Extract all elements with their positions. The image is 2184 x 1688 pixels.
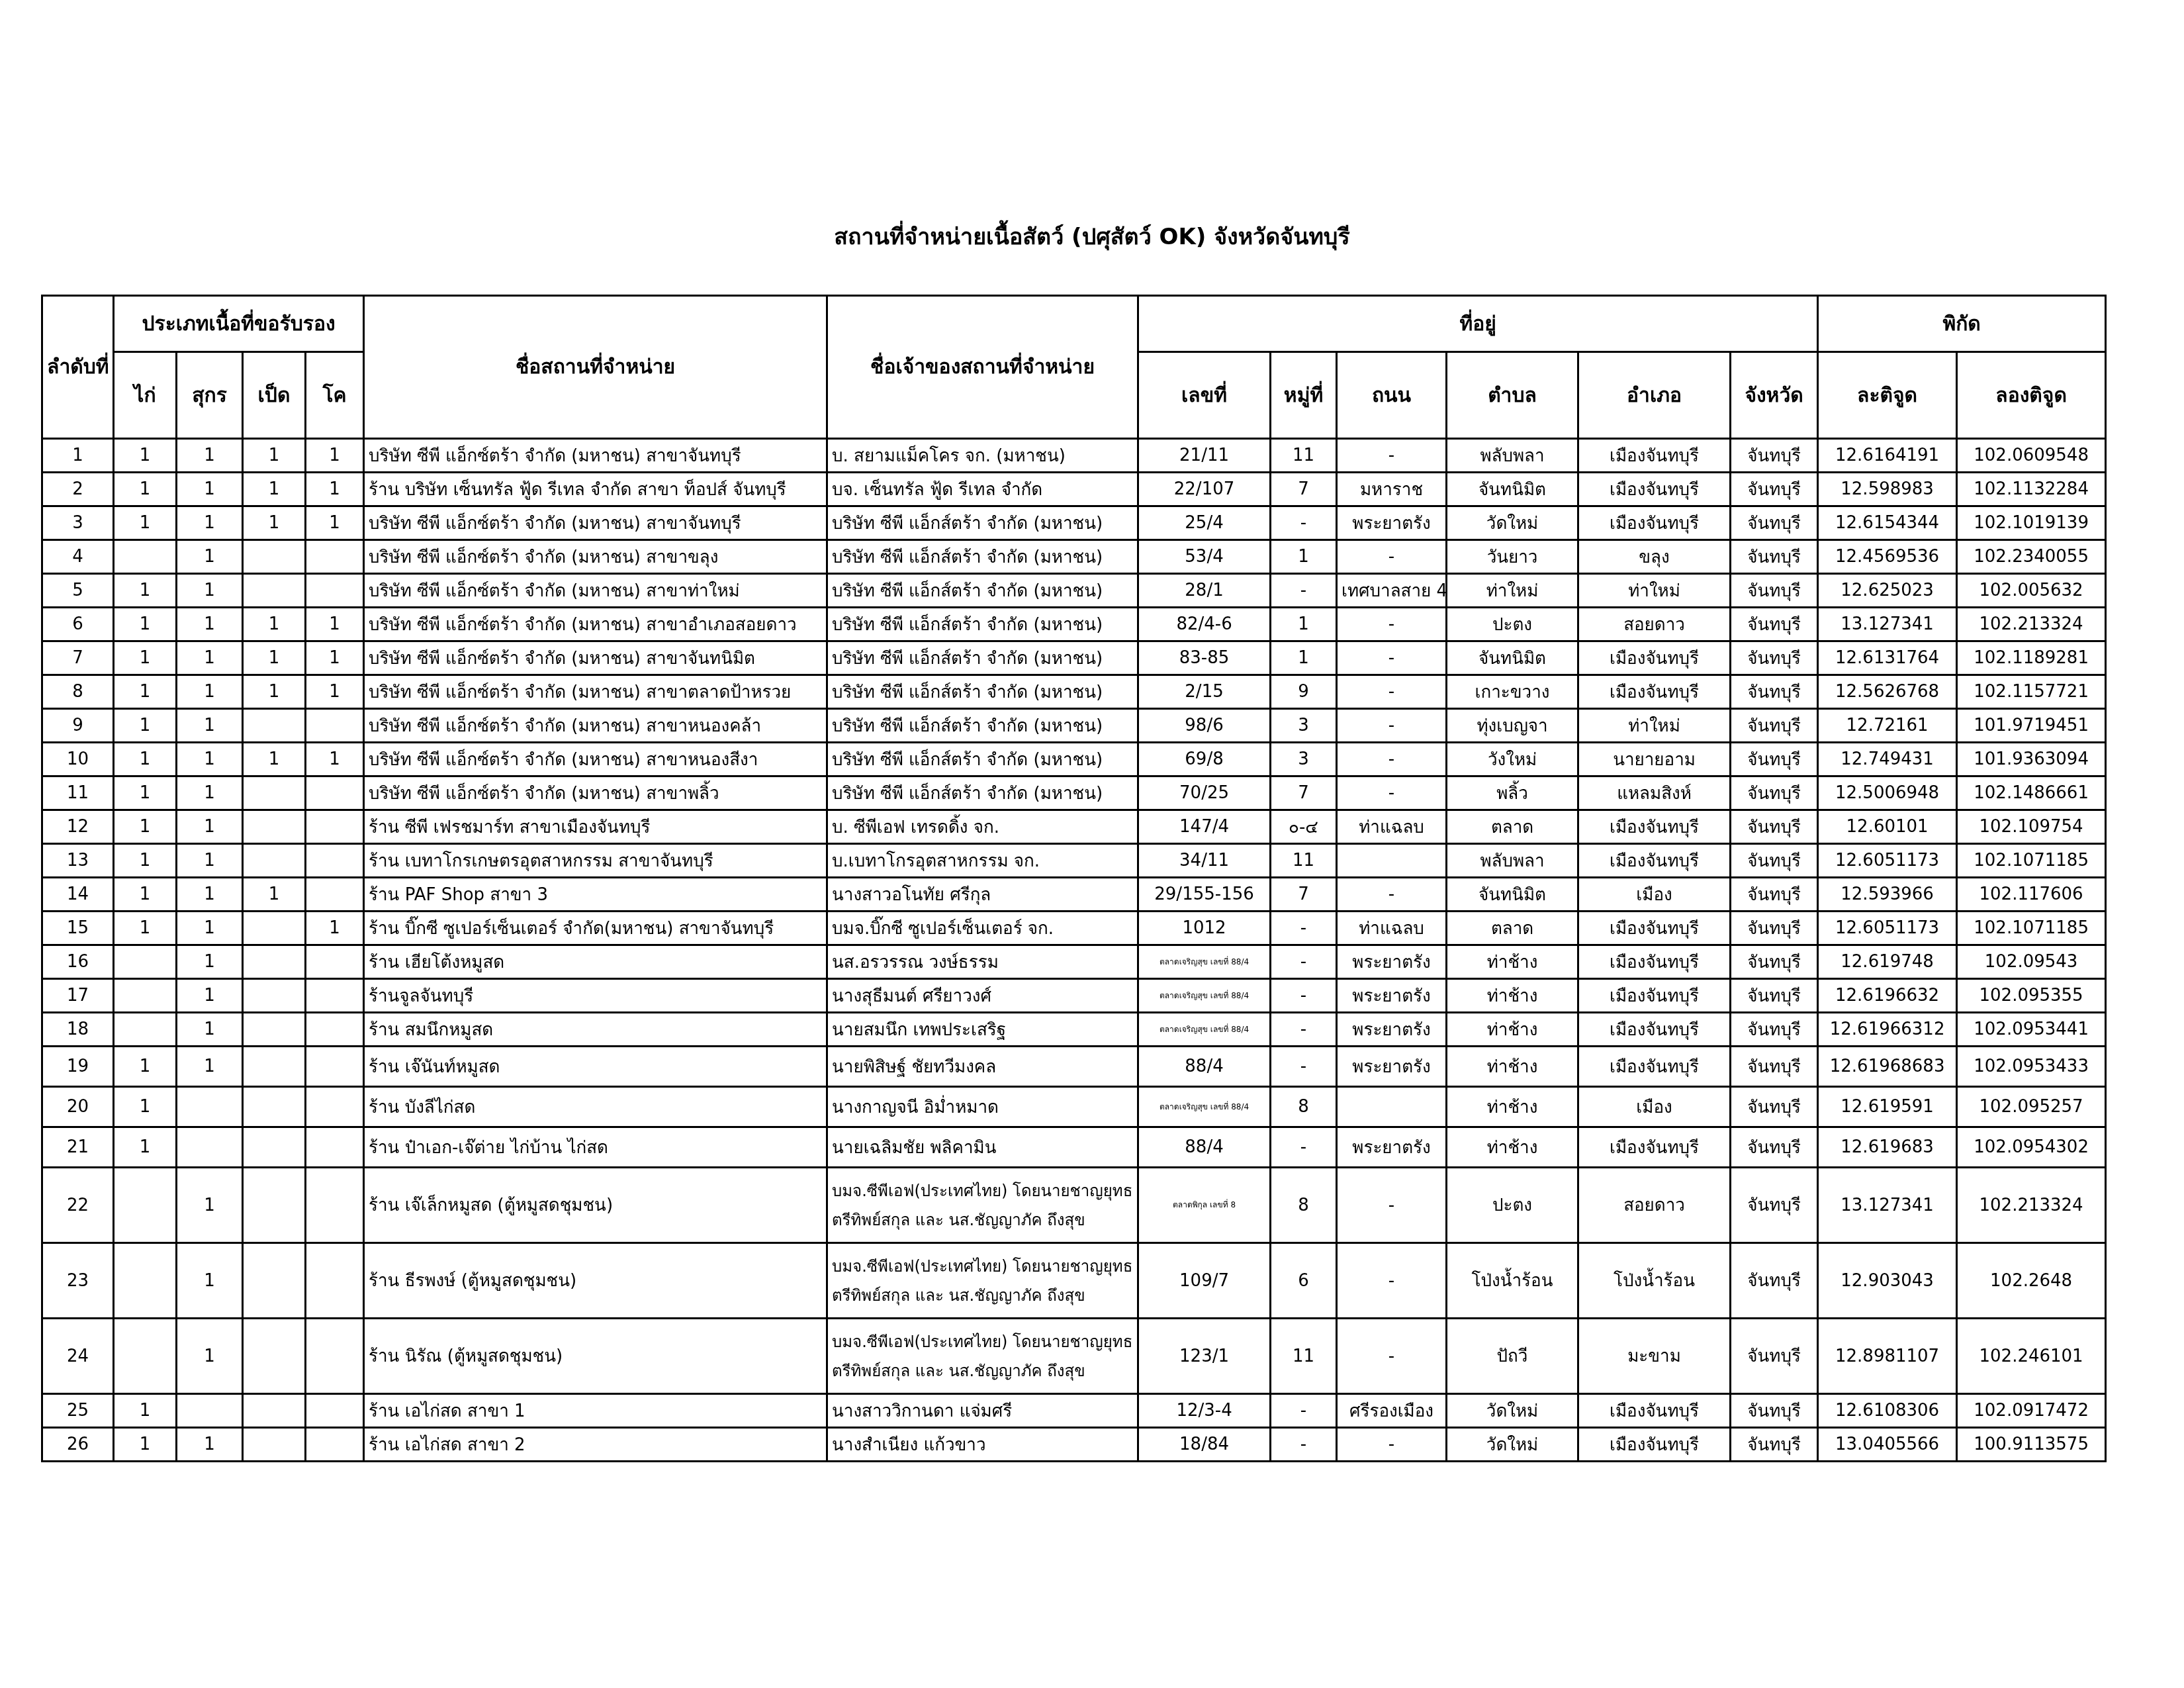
table-row: 201ร้าน บังลีไก่สดนางกาญจนี อิม่ำหมาดตลา… (42, 1087, 2106, 1127)
cell-chicken: 1 (114, 1428, 177, 1462)
cell-pork: 1 (177, 1428, 243, 1462)
cell-seq: 12 (42, 810, 114, 844)
cell-owner-name: บริษัท ซีพี แอ็กส์ตร้า จำกัด (มหาชน) (827, 574, 1138, 608)
cell-latitude: 13.0405566 (1818, 1428, 1957, 1462)
cell-duck (243, 540, 306, 574)
cell-chicken: 1 (114, 1047, 177, 1087)
table-row: 1911ร้าน เจ๊นันท์หมูสดนายพิสิษฐ์ ชัยทวีม… (42, 1047, 2106, 1087)
cell-province: จันทบุรี (1731, 912, 1818, 945)
cell-longitude: 102.1019139 (1957, 506, 2106, 540)
cell-chicken (114, 540, 177, 574)
table-row: 221ร้าน เจ๊เล็กหมูสด (ตู้หมูสดชุมชน)บมจ.… (42, 1168, 2106, 1243)
cell-moo: 11 (1271, 844, 1337, 878)
cell-moo: - (1271, 945, 1337, 979)
cell-shop-name: บริษัท ซีพี แอ็กซ์ตร้า จำกัด (มหาชน) สาข… (364, 574, 827, 608)
cell-seq: 10 (42, 743, 114, 776)
cell-latitude: 12.619748 (1818, 945, 1957, 979)
cell-latitude: 12.5626768 (1818, 675, 1957, 709)
cell-latitude: 12.6196632 (1818, 979, 1957, 1013)
cell-moo: - (1271, 1428, 1337, 1462)
cell-house-no: 98/6 (1138, 709, 1271, 743)
cell-road: - (1337, 641, 1447, 675)
cell-longitude: 102.1157721 (1957, 675, 2106, 709)
cell-seq: 25 (42, 1394, 114, 1428)
header-duck: เป็ด (243, 352, 306, 439)
cell-beef (306, 878, 364, 912)
cell-shop-name: ร้าน นิรัณ (ตู้หมูสดชุมชน) (364, 1319, 827, 1394)
cell-province: จันทบุรี (1731, 1243, 1818, 1319)
cell-moo: - (1271, 1127, 1337, 1168)
cell-tambon: พลิ้ว (1447, 776, 1578, 810)
cell-duck: 1 (243, 743, 306, 776)
cell-shop-name: บริษัท ซีพี แอ็กซ์ตร้า จำกัด (มหาชน) สาข… (364, 743, 827, 776)
cell-pork: 1 (177, 912, 243, 945)
cell-beef: 1 (306, 608, 364, 641)
cell-road: เทศบาลสาย 4 (1337, 574, 1447, 608)
cell-owner-name: บมจ.บิ๊กซี ซูเปอร์เซ็นเตอร์ จก. (827, 912, 1138, 945)
cell-owner-name: นายสมนึก เทพประเสริฐ (827, 1013, 1138, 1047)
cell-house-no: 29/155-156 (1138, 878, 1271, 912)
cell-duck (243, 945, 306, 979)
owner-name-line: บมจ.ซีพีเอฟ(ประเทศไทย) โดยนายชาญยุทธ (832, 1252, 1133, 1281)
cell-latitude: 12.61968683 (1818, 1047, 1957, 1087)
cell-duck (243, 1428, 306, 1462)
cell-house-no: 53/4 (1138, 540, 1271, 574)
cell-amphoe: สอยดาว (1578, 1168, 1731, 1243)
cell-moo: 9 (1271, 675, 1337, 709)
cell-duck (243, 1319, 306, 1394)
cell-longitude: 102.117606 (1957, 878, 2106, 912)
meat-shops-table: ลำดับที่ ประเภทเนื้อที่ขอรับรอง ชื่อสถาน… (41, 295, 2107, 1462)
cell-province: จันทบุรี (1731, 1428, 1818, 1462)
table-row: 61111บริษัท ซีพี แอ็กซ์ตร้า จำกัด (มหาชน… (42, 608, 2106, 641)
cell-seq: 22 (42, 1168, 114, 1243)
cell-longitude: 102.0953433 (1957, 1047, 2106, 1087)
cell-chicken: 1 (114, 810, 177, 844)
table-row: 71111บริษัท ซีพี แอ็กซ์ตร้า จำกัด (มหาชน… (42, 641, 2106, 675)
cell-house-no: ตลาดเจริญสุข เลขที่ 88/4 (1138, 1087, 1271, 1127)
header-moo: หมู่ที่ (1271, 352, 1337, 439)
cell-tambon: ท่าช้าง (1447, 1047, 1578, 1087)
cell-road: ศรีรองเมือง (1337, 1394, 1447, 1428)
cell-house-no: 25/4 (1138, 506, 1271, 540)
cell-amphoe: เมืองจันทบุรี (1578, 945, 1731, 979)
cell-beef (306, 776, 364, 810)
cell-amphoe: โป่งน้ำร้อน (1578, 1243, 1731, 1319)
cell-latitude: 12.6154344 (1818, 506, 1957, 540)
cell-amphoe: เมืองจันทบุรี (1578, 912, 1731, 945)
cell-tambon: วัดใหม่ (1447, 1428, 1578, 1462)
cell-beef: 1 (306, 473, 364, 506)
owner-name-line: บมจ.ซีพีเอฟ(ประเทศไทย) โดยนายชาญยุทธ (832, 1176, 1133, 1205)
cell-longitude: 101.9363094 (1957, 743, 2106, 776)
cell-shop-name: บริษัท ซีพี แอ็กซ์ตร้า จำกัด (มหาชน) สาข… (364, 608, 827, 641)
cell-tambon: ท่าช้าง (1447, 1087, 1578, 1127)
cell-moo: - (1271, 1013, 1337, 1047)
cell-owner-name: นางสาวอโนทัย ศรีกุล (827, 878, 1138, 912)
cell-road: - (1337, 743, 1447, 776)
cell-seq: 11 (42, 776, 114, 810)
cell-province: จันทบุรี (1731, 979, 1818, 1013)
cell-pork: 1 (177, 675, 243, 709)
cell-longitude: 102.0954302 (1957, 1127, 2106, 1168)
header-latitude: ละติจูด (1818, 352, 1957, 439)
cell-house-no: ตลาดพิกุล เลขที่ 8 (1138, 1168, 1271, 1243)
cell-seq: 6 (42, 608, 114, 641)
cell-province: จันทบุรี (1731, 945, 1818, 979)
cell-amphoe: เมืองจันทบุรี (1578, 1047, 1731, 1087)
cell-amphoe: นายายอาม (1578, 743, 1731, 776)
table-body: 11111บริษัท ซีพี แอ็กซ์ตร้า จำกัด (มหาชน… (42, 439, 2106, 1462)
cell-owner-name: บมจ.ซีพีเอฟ(ประเทศไทย) โดยนายชาญยุทธตรีท… (827, 1243, 1138, 1319)
table-row: 101111บริษัท ซีพี แอ็กซ์ตร้า จำกัด (มหาช… (42, 743, 2106, 776)
cell-latitude: 12.6131764 (1818, 641, 1957, 675)
cell-tambon: ตลาด (1447, 810, 1578, 844)
cell-shop-name: ร้าน เฮียโต้งหมูสด (364, 945, 827, 979)
document-title: สถานที่จำหน่ายเนื้อสัตว์ (ปศุสัตว์ OK) จ… (0, 218, 2184, 254)
cell-owner-name: บ.เบทาโกรอุตสาหกรรม จก. (827, 844, 1138, 878)
cell-longitude: 102.005632 (1957, 574, 2106, 608)
cell-road: - (1337, 1168, 1447, 1243)
cell-latitude: 12.749431 (1818, 743, 1957, 776)
cell-shop-name: บริษัท ซีพี แอ็กซ์ตร้า จำกัด (มหาชน) สาข… (364, 540, 827, 574)
cell-longitude: 102.1071185 (1957, 912, 2106, 945)
cell-house-no: 12/3-4 (1138, 1394, 1271, 1428)
cell-tambon: ปะตง (1447, 1168, 1578, 1243)
cell-amphoe: เมืองจันทบุรี (1578, 1428, 1731, 1462)
cell-chicken (114, 1319, 177, 1394)
cell-seq: 26 (42, 1428, 114, 1462)
cell-beef (306, 1168, 364, 1243)
header-seq: ลำดับที่ (42, 296, 114, 439)
table-row: 181ร้าน สมนึกหมูสดนายสมนึก เทพประเสริฐตล… (42, 1013, 2106, 1047)
table-row: 2611ร้าน เอไก่สด สาขา 2นางสำเนียง แก้วขา… (42, 1428, 2106, 1462)
cell-seq: 4 (42, 540, 114, 574)
cell-duck (243, 810, 306, 844)
cell-beef (306, 1428, 364, 1462)
cell-pork: 1 (177, 1013, 243, 1047)
table-row: 511บริษัท ซีพี แอ็กซ์ตร้า จำกัด (มหาชน) … (42, 574, 2106, 608)
table-row: 1211ร้าน ซีพี เฟรชมาร์ท สาขาเมืองจันทบุร… (42, 810, 2106, 844)
cell-province: จันทบุรี (1731, 1394, 1818, 1428)
cell-pork: 1 (177, 776, 243, 810)
cell-chicken: 1 (114, 641, 177, 675)
cell-province: จันทบุรี (1731, 1319, 1818, 1394)
cell-owner-name: นายพิสิษฐ์ ชัยทวีมงคล (827, 1047, 1138, 1087)
cell-longitude: 102.109754 (1957, 810, 2106, 844)
cell-latitude: 12.6164191 (1818, 439, 1957, 473)
cell-shop-name: ร้าน เบทาโกรเกษตรอุตสาหกรรม สาขาจันทบุรี (364, 844, 827, 878)
cell-house-no: 88/4 (1138, 1047, 1271, 1087)
cell-longitude: 102.0609548 (1957, 439, 2106, 473)
cell-house-no: 1012 (1138, 912, 1271, 945)
cell-shop-name: ร้าน เอไก่สด สาขา 2 (364, 1428, 827, 1462)
cell-amphoe: เมืองจันทบุรี (1578, 439, 1731, 473)
cell-chicken: 1 (114, 709, 177, 743)
cell-pork: 1 (177, 709, 243, 743)
cell-amphoe: มะขาม (1578, 1319, 1731, 1394)
cell-pork: 1 (177, 473, 243, 506)
cell-chicken: 1 (114, 608, 177, 641)
header-coords-group: พิกัด (1818, 296, 2106, 352)
cell-moo: 7 (1271, 776, 1337, 810)
cell-seq: 9 (42, 709, 114, 743)
cell-duck (243, 1243, 306, 1319)
cell-shop-name: บริษัท ซีพี แอ็กซ์ตร้า จำกัด (มหาชน) สาข… (364, 641, 827, 675)
cell-latitude: 12.625023 (1818, 574, 1957, 608)
cell-duck: 1 (243, 878, 306, 912)
cell-road: ท่าแฉลบ (1337, 810, 1447, 844)
cell-province: จันทบุรี (1731, 574, 1818, 608)
cell-house-no: ตลาดเจริญสุข เลขที่ 88/4 (1138, 979, 1271, 1013)
cell-road: - (1337, 776, 1447, 810)
cell-duck: 1 (243, 439, 306, 473)
cell-pork: 1 (177, 574, 243, 608)
cell-moo: 3 (1271, 743, 1337, 776)
cell-province: จันทบุรี (1731, 1047, 1818, 1087)
cell-amphoe: ขลุง (1578, 540, 1731, 574)
table-row: 21111ร้าน บริษัท เซ็นทรัล ฟู้ด รีเทล จำก… (42, 473, 2106, 506)
table-row: 171ร้านจูลจันทบุรีนางสุธีมนต์ ศรียาวงศ์ต… (42, 979, 2106, 1013)
table-row: 241ร้าน นิรัณ (ตู้หมูสดชุมชน)บมจ.ซีพีเอฟ… (42, 1319, 2106, 1394)
cell-tambon: วันยาว (1447, 540, 1578, 574)
cell-pork: 1 (177, 641, 243, 675)
cell-tambon: วัดใหม่ (1447, 506, 1578, 540)
cell-owner-name: นางสำเนียง แก้วขาว (827, 1428, 1138, 1462)
cell-moo: 1 (1271, 608, 1337, 641)
header-road: ถนน (1337, 352, 1447, 439)
cell-duck (243, 912, 306, 945)
cell-tambon: พลับพลา (1447, 439, 1578, 473)
cell-tambon: ท่าช้าง (1447, 945, 1578, 979)
cell-beef (306, 1319, 364, 1394)
cell-house-no: 147/4 (1138, 810, 1271, 844)
cell-chicken: 1 (114, 506, 177, 540)
cell-shop-name: บริษัท ซีพี แอ็กซ์ตร้า จำกัด (มหาชน) สาข… (364, 776, 827, 810)
header-owner-name: ชื่อเจ้าของสถานที่จำหน่าย (827, 296, 1138, 439)
cell-amphoe: เมืองจันทบุรี (1578, 810, 1731, 844)
cell-duck: 1 (243, 675, 306, 709)
cell-province: จันทบุรี (1731, 810, 1818, 844)
cell-shop-name: ร้าน ป๋าเอก-เจ๊ต่าย ไก่บ้าน ไก่สด (364, 1127, 827, 1168)
cell-pork (177, 1394, 243, 1428)
cell-beef (306, 810, 364, 844)
cell-beef (306, 1047, 364, 1087)
cell-beef (306, 709, 364, 743)
cell-pork: 1 (177, 878, 243, 912)
cell-amphoe: ท่าใหม่ (1578, 709, 1731, 743)
cell-shop-name: ร้าน ธีรพงษ์ (ตู้หมูสดชุมชน) (364, 1243, 827, 1319)
cell-pork: 1 (177, 439, 243, 473)
cell-moo: 6 (1271, 1243, 1337, 1319)
cell-longitude: 100.9113575 (1957, 1428, 2106, 1462)
cell-house-no: 109/7 (1138, 1243, 1271, 1319)
cell-chicken: 1 (114, 473, 177, 506)
cell-longitude: 102.1071185 (1957, 844, 2106, 878)
cell-shop-name: ร้าน สมนึกหมูสด (364, 1013, 827, 1047)
table-row: 1111บริษัท ซีพี แอ็กซ์ตร้า จำกัด (มหาชน)… (42, 776, 2106, 810)
cell-tambon: ท่าใหม่ (1447, 574, 1578, 608)
cell-seq: 18 (42, 1013, 114, 1047)
cell-amphoe: ท่าใหม่ (1578, 574, 1731, 608)
table-row: 1311ร้าน เบทาโกรเกษตรอุตสาหกรรม สาขาจันท… (42, 844, 2106, 878)
cell-road: พระยาตรัง (1337, 979, 1447, 1013)
cell-owner-name: บมจ.ซีพีเอฟ(ประเทศไทย) โดยนายชาญยุทธตรีท… (827, 1168, 1138, 1243)
cell-beef (306, 1087, 364, 1127)
table-row: 231ร้าน ธีรพงษ์ (ตู้หมูสดชุมชน)บมจ.ซีพีเ… (42, 1243, 2106, 1319)
cell-latitude: 12.60101 (1818, 810, 1957, 844)
header-pork: สุกร (177, 352, 243, 439)
cell-longitude: 102.213324 (1957, 608, 2106, 641)
cell-pork: 1 (177, 1319, 243, 1394)
cell-owner-name: บริษัท ซีพี แอ็กส์ตร้า จำกัด (มหาชน) (827, 709, 1138, 743)
cell-road: - (1337, 439, 1447, 473)
cell-moo: 11 (1271, 1319, 1337, 1394)
cell-shop-name: ร้าน บังลีไก่สด (364, 1087, 827, 1127)
cell-duck (243, 574, 306, 608)
cell-shop-name: ร้าน เอไก่สด สาขา 1 (364, 1394, 827, 1428)
cell-beef: 1 (306, 743, 364, 776)
cell-shop-name: ร้าน PAF Shop สาขา 3 (364, 878, 827, 912)
cell-tambon: วัดใหม่ (1447, 1394, 1578, 1428)
cell-latitude: 12.6108306 (1818, 1394, 1957, 1428)
cell-latitude: 12.903043 (1818, 1243, 1957, 1319)
cell-amphoe: เมืองจันทบุรี (1578, 473, 1731, 506)
cell-longitude: 102.095355 (1957, 979, 2106, 1013)
cell-house-no: 69/8 (1138, 743, 1271, 776)
cell-beef (306, 574, 364, 608)
cell-seq: 17 (42, 979, 114, 1013)
cell-house-no: 21/11 (1138, 439, 1271, 473)
cell-seq: 7 (42, 641, 114, 675)
cell-amphoe: เมืองจันทบุรี (1578, 844, 1731, 878)
cell-owner-name: นายเฉลิมชัย พลิคามิน (827, 1127, 1138, 1168)
cell-amphoe: เมืองจันทบุรี (1578, 979, 1731, 1013)
cell-tambon: วังใหม่ (1447, 743, 1578, 776)
cell-shop-name: ร้าน บริษัท เซ็นทรัล ฟู้ด รีเทล จำกัด สา… (364, 473, 827, 506)
cell-house-no: 34/11 (1138, 844, 1271, 878)
cell-owner-name: นางสุธีมนต์ ศรียาวงศ์ (827, 979, 1138, 1013)
cell-province: จันทบุรี (1731, 608, 1818, 641)
cell-amphoe: เมืองจันทบุรี (1578, 506, 1731, 540)
cell-pork: 1 (177, 608, 243, 641)
cell-owner-name: บจ. เซ็นทรัล ฟู้ด รีเทล จำกัด (827, 473, 1138, 506)
cell-chicken (114, 1013, 177, 1047)
cell-pork: 1 (177, 1047, 243, 1087)
cell-house-no: ตลาดเจริญสุข เลขที่ 88/4 (1138, 945, 1271, 979)
cell-tambon: จันทนิมิต (1447, 878, 1578, 912)
cell-amphoe: เมือง (1578, 1087, 1731, 1127)
header-house-no: เลขที่ (1138, 352, 1271, 439)
cell-owner-name: บริษัท ซีพี แอ็กส์ตร้า จำกัด (มหาชน) (827, 675, 1138, 709)
header-address-group: ที่อยู่ (1138, 296, 1818, 352)
cell-road: - (1337, 1243, 1447, 1319)
cell-road: พระยาตรัง (1337, 1127, 1447, 1168)
cell-beef (306, 1127, 364, 1168)
cell-latitude: 12.593966 (1818, 878, 1957, 912)
cell-moo: 8 (1271, 1087, 1337, 1127)
cell-seq: 20 (42, 1087, 114, 1127)
cell-chicken: 1 (114, 912, 177, 945)
table-row: 14111ร้าน PAF Shop สาขา 3นางสาวอโนทัย ศร… (42, 878, 2106, 912)
cell-latitude: 13.127341 (1818, 608, 1957, 641)
cell-shop-name: ร้าน ซีพี เฟรชมาร์ท สาขาเมืองจันทบุรี (364, 810, 827, 844)
cell-latitude: 12.8981107 (1818, 1319, 1957, 1394)
cell-chicken: 1 (114, 1127, 177, 1168)
cell-longitude: 102.1132284 (1957, 473, 2106, 506)
cell-shop-name: บริษัท ซีพี แอ็กซ์ตร้า จำกัด (มหาชน) สาข… (364, 675, 827, 709)
cell-province: จันทบุรี (1731, 1013, 1818, 1047)
table-row: 11111บริษัท ซีพี แอ็กซ์ตร้า จำกัด (มหาชน… (42, 439, 2106, 473)
cell-province: จันทบุรี (1731, 641, 1818, 675)
cell-owner-name: นส.อรวรรณ วงษ์ธรรม (827, 945, 1138, 979)
cell-moo: - (1271, 912, 1337, 945)
table-row: 251ร้าน เอไก่สด สาขา 1นางสาววิกานดา แจ่ม… (42, 1394, 2106, 1428)
cell-seq: 24 (42, 1319, 114, 1394)
cell-province: จันทบุรี (1731, 675, 1818, 709)
cell-beef: 1 (306, 675, 364, 709)
cell-pork: 1 (177, 506, 243, 540)
cell-moo: - (1271, 1394, 1337, 1428)
owner-name-line: บมจ.ซีพีเอฟ(ประเทศไทย) โดยนายชาญยุทธ (832, 1327, 1133, 1356)
cell-duck: 1 (243, 506, 306, 540)
cell-tambon: ปะตง (1447, 608, 1578, 641)
cell-shop-name: ร้าน บิ๊กซี ซูเปอร์เซ็นเตอร์ จำกัด(มหาชน… (364, 912, 827, 945)
cell-road: พระยาตรัง (1337, 506, 1447, 540)
cell-owner-name: บ. สยามแม็คโคร จก. (มหาชน) (827, 439, 1138, 473)
header-longitude: ลองติจูด (1957, 352, 2106, 439)
cell-amphoe: แหลมสิงห์ (1578, 776, 1731, 810)
cell-tambon: ปัถวี (1447, 1319, 1578, 1394)
cell-seq: 8 (42, 675, 114, 709)
cell-amphoe: เมืองจันทบุรี (1578, 641, 1731, 675)
cell-longitude: 102.1189281 (1957, 641, 2106, 675)
cell-province: จันทบุรี (1731, 709, 1818, 743)
cell-tambon: จันทนิมิต (1447, 641, 1578, 675)
table-row: 15111ร้าน บิ๊กซี ซูเปอร์เซ็นเตอร์ จำกัด(… (42, 912, 2106, 945)
cell-seq: 19 (42, 1047, 114, 1087)
cell-beef: 1 (306, 439, 364, 473)
cell-latitude: 12.619683 (1818, 1127, 1957, 1168)
table-row: 211ร้าน ป๋าเอก-เจ๊ต่าย ไก่บ้าน ไก่สดนายเ… (42, 1127, 2106, 1168)
cell-road: พระยาตรัง (1337, 945, 1447, 979)
cell-road: - (1337, 608, 1447, 641)
cell-province: จันทบุรี (1731, 1087, 1818, 1127)
cell-chicken: 1 (114, 878, 177, 912)
cell-moo: 1 (1271, 641, 1337, 675)
cell-duck (243, 1087, 306, 1127)
cell-shop-name: บริษัท ซีพี แอ็กซ์ตร้า จำกัด (มหาชน) สาข… (364, 709, 827, 743)
cell-pork: 1 (177, 844, 243, 878)
cell-province: จันทบุรี (1731, 506, 1818, 540)
cell-shop-name: ร้าน เจ๊นันท์หมูสด (364, 1047, 827, 1087)
cell-house-no: 70/25 (1138, 776, 1271, 810)
cell-beef (306, 1394, 364, 1428)
cell-seq: 14 (42, 878, 114, 912)
owner-name-line: ตรีทิพย์สกุล และ นส.ชัญญาภัค ถึงสุข (832, 1205, 1133, 1235)
cell-pork (177, 1127, 243, 1168)
cell-shop-name: บริษัท ซีพี แอ็กซ์ตร้า จำกัด (มหาชน) สาข… (364, 439, 827, 473)
cell-road (1337, 844, 1447, 878)
cell-road: - (1337, 709, 1447, 743)
table-row: 81111บริษัท ซีพี แอ็กซ์ตร้า จำกัด (มหาชน… (42, 675, 2106, 709)
cell-province: จันทบุรี (1731, 776, 1818, 810)
cell-moo: ๐-๔ (1271, 810, 1337, 844)
header-beef: โค (306, 352, 364, 439)
header-province: จังหวัด (1731, 352, 1818, 439)
cell-latitude: 13.127341 (1818, 1168, 1957, 1243)
cell-tambon: จันทนิมิต (1447, 473, 1578, 506)
